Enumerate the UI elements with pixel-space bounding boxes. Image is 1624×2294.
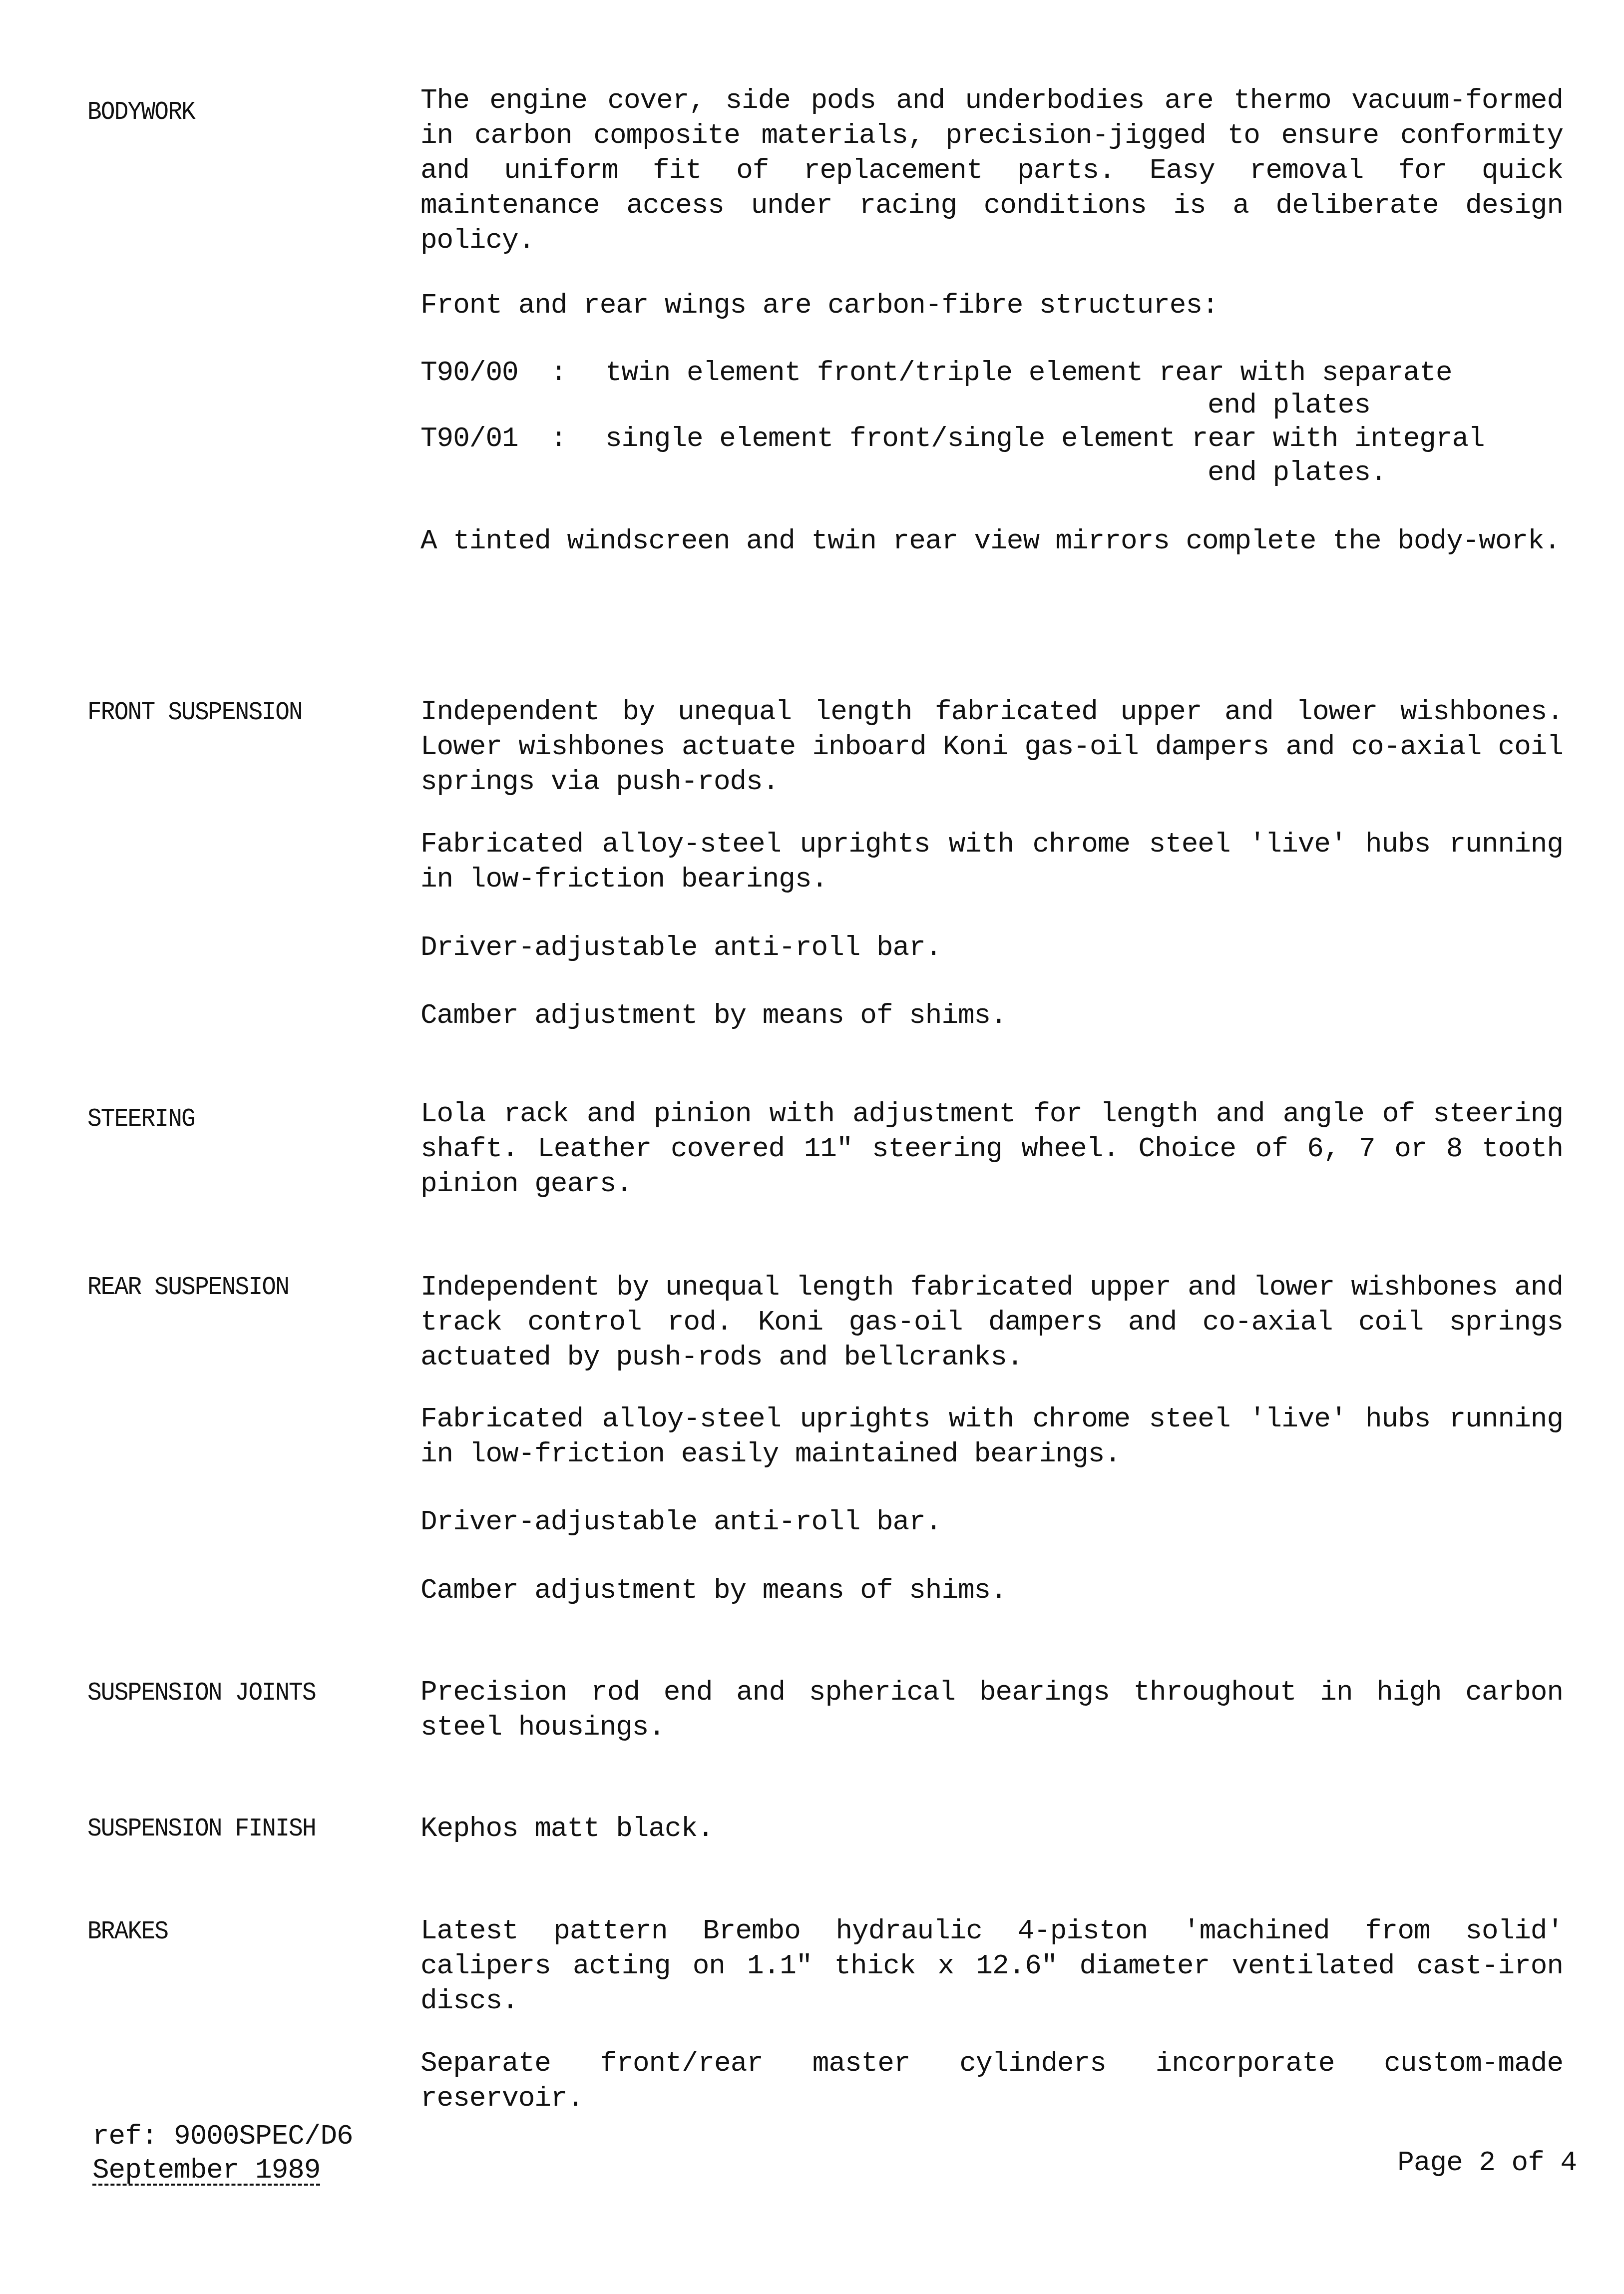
section-label-front-suspension: FRONT SUSPENSION (87, 695, 302, 730)
brakes-paragraph-2: Separate front/rear master cylinders inc… (420, 2046, 1563, 2116)
wing-spec-separator: : (550, 421, 605, 456)
front-suspension-paragraph-1: Independent by unequal length fabricated… (420, 694, 1563, 799)
page-number: Page 2 of 4 (1397, 2145, 1577, 2180)
brakes-paragraph-1: Latest pattern Brembo hydraulic 4-piston… (420, 1913, 1563, 2018)
section-label-rear-suspension: REAR SUSPENSION (87, 1270, 289, 1305)
rear-suspension-paragraph-1: Independent by unequal length fabricated… (420, 1270, 1563, 1375)
wing-spec-code: T90/00 (420, 355, 550, 390)
rear-suspension-paragraph-4: Camber adjustment by means of shims. (420, 1573, 1563, 1608)
front-suspension-paragraph-3: Driver-adjustable anti-roll bar. (420, 930, 1563, 965)
document-reference: ref: 9000SPEC/D6 (92, 2119, 353, 2154)
section-label-brakes: BRAKES (87, 1914, 168, 1949)
bodywork-paragraph-3: A tinted windscreen and twin rear view m… (420, 523, 1563, 558)
document-date: September 1989 (92, 2153, 320, 2188)
section-label-suspension-finish: SUSPENSION FINISH (87, 1812, 316, 1846)
steering-paragraph-1: Lola rack and pinion with adjustment for… (420, 1096, 1563, 1201)
wing-spec-code: T90/01 (420, 421, 550, 456)
wing-spec-row: T90/01:single element front/single eleme… (420, 421, 1485, 456)
rear-suspension-paragraph-3: Driver-adjustable anti-roll bar. (420, 1504, 1563, 1539)
wing-spec-row: T90/00:twin element front/triple element… (420, 355, 1452, 390)
wing-spec-separator: : (550, 355, 605, 390)
section-label-suspension-joints: SUSPENSION JOINTS (87, 1676, 316, 1711)
front-suspension-paragraph-2: Fabricated alloy-steel uprights with chr… (420, 827, 1563, 897)
rear-suspension-paragraph-2: Fabricated alloy-steel uprights with chr… (420, 1401, 1563, 1471)
suspension-joints-paragraph-1: Precision rod end and spherical bearings… (420, 1675, 1563, 1745)
front-suspension-paragraph-4: Camber adjustment by means of shims. (420, 998, 1563, 1033)
section-label-bodywork: BODYWORK (87, 95, 195, 130)
suspension-finish-paragraph-1: Kephos matt black. (420, 1811, 1563, 1846)
bodywork-paragraph-1: The engine cover, side pods and underbod… (420, 83, 1563, 258)
section-label-steering: STEERING (87, 1102, 195, 1137)
wing-spec-continuation: end plates (1208, 388, 1370, 423)
wing-spec-text: twin element front/triple element rear w… (605, 357, 1452, 389)
wing-spec-text: single element front/single element rear… (605, 423, 1485, 455)
wing-spec-continuation: end plates. (1208, 455, 1387, 490)
spec-page: BODYWORK The engine cover, side pods and… (0, 0, 1624, 2294)
bodywork-paragraph-2: Front and rear wings are carbon-fibre st… (420, 288, 1563, 323)
